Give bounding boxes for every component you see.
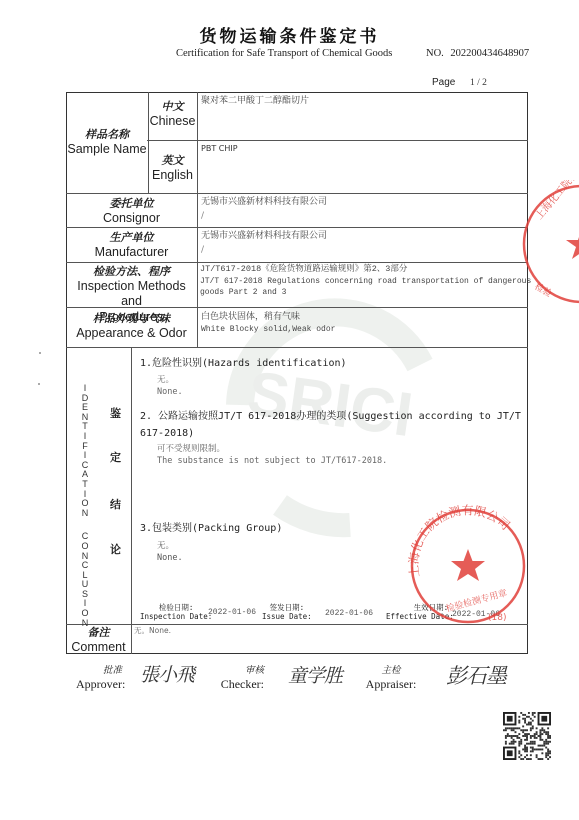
hazards-identification-heading: 1.危险性识别(Hazards identification) [140, 354, 347, 369]
divider [131, 347, 132, 654]
appraiser-signature: 彭石墨 [446, 660, 506, 690]
sample-name-english-value: PBT CHIP [201, 143, 238, 155]
divider [66, 193, 528, 194]
issue-date-value: 2022-01-06 [325, 609, 373, 618]
divider [66, 227, 528, 228]
consignor-value: 无锡市兴盛新材料科技有限公司 / [201, 196, 327, 223]
appraiser-label: 主检 Appraiser: [360, 665, 422, 692]
document-title-cn: 货物运输条件鉴定书 [0, 22, 579, 47]
conclusion-char-2: 定 [110, 449, 121, 465]
sample-name-label: 样品名称 Sample Name [66, 128, 148, 157]
divider [66, 347, 528, 348]
conclusion-char-3: 结 [110, 496, 121, 512]
doc-no-value: 202200434648907 [450, 48, 529, 59]
manufacturer-value: 无锡市兴盛新材料科技有限公司 / [201, 230, 327, 257]
approver-label: 批准 Approver: [76, 665, 122, 692]
english-label: 英文 English [148, 154, 197, 183]
effective-date-value: 2022-01-06 [452, 610, 500, 619]
svg-text:检验: 检验 [533, 280, 555, 299]
issue-date-label: 签发日期: Issue Date: [262, 603, 312, 621]
certificate-table [66, 92, 528, 654]
consignor-label: 委托单位 Consignor [66, 197, 197, 226]
identification-conclusion-vertical-label: IDENTIFICATION CONCLUSION [80, 384, 90, 628]
inspection-methods-value: JT/T617-2018《危险货物道路运输规则》第2、3部分 JT/T 617-… [200, 264, 531, 298]
page-indicator: 1 / 2 [470, 78, 487, 88]
divider [147, 140, 528, 141]
svg-text:上海化工院检: 上海化工院检 [532, 180, 579, 222]
suggestion-value: 可不受规则限制。 The substance is not subject to… [157, 443, 387, 468]
approver-signature: 張小飛 [140, 660, 194, 687]
effective-date-label: 生效日期: Effective Date: [386, 603, 454, 621]
packing-group-heading: 3.包装类别(Packing Group) [140, 519, 282, 534]
conclusion-char-1: 鉴 [110, 405, 121, 421]
checker-signature: 童学胜 [288, 661, 342, 688]
conclusion-char-4: 论 [110, 541, 121, 557]
qr-code[interactable] [503, 712, 551, 760]
sample-name-chinese-value: 聚对苯二甲酸丁二醇酯切片 [201, 95, 309, 109]
document-title-en: Certification for Safe Transport of Chem… [176, 48, 392, 59]
hazards-identification-value: 无。 None. [157, 374, 183, 399]
inspection-date-label: 检验日期: Inspection Date: [140, 603, 212, 621]
manufacturer-label: 生产单位 Manufacturer [66, 231, 197, 260]
chinese-label: 中文 Chinese [148, 100, 197, 129]
scan-artifact [39, 352, 41, 354]
scan-artifact [38, 383, 40, 385]
inspection-date-value: 2022-01-06 [208, 608, 256, 617]
appearance-value: 白色块状固体，稍有气味 White Blocky solid,Weak odor [201, 310, 335, 337]
checker-label: 审核 Checker: [218, 665, 264, 692]
suggestion-heading: 2. 公路运输按照JT/T 617-2018办理的类项(Suggestion a… [140, 407, 521, 439]
document-number: NO. 202200434648907 [426, 48, 529, 59]
divider [66, 262, 528, 263]
packing-group-value: 无。 None. [157, 540, 183, 565]
comment-label: 备注 Comment [66, 626, 131, 655]
divider [197, 92, 198, 347]
comment-value: 无。None. [134, 625, 171, 636]
page-label: Page [432, 77, 455, 88]
doc-no-label: NO. [426, 48, 444, 59]
appearance-label: 样品外观与气味 Appearance & Odor [66, 312, 197, 341]
